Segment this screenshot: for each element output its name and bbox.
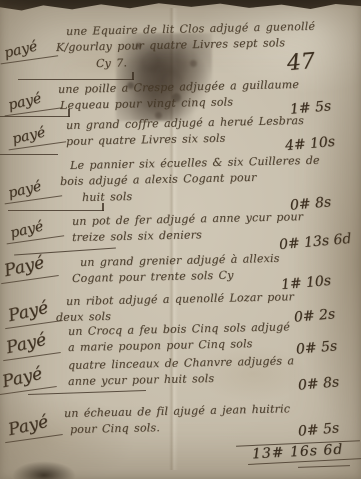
ledger-entry: Payé un Crocq a feu bois Cinq sols adjug… [0, 324, 361, 356]
total-underline-2 [298, 465, 350, 468]
margin-paye-label: Payé [6, 412, 50, 441]
margin-paye-label: payé [3, 38, 39, 61]
entry-amount: 0# 5s [297, 420, 339, 440]
ledger-entry: payé un grand coffre adjugé a herué Lesb… [0, 118, 361, 150]
torn-paper-edge [0, 0, 361, 18]
margin-paye-label: Payé [0, 364, 44, 393]
ledger-entry: payé une Equaire de lit Clos adjugé a gu… [0, 24, 361, 72]
entry-amount: 0# 8s [297, 374, 339, 394]
ledger-entry: payé une poille a Crespe adjugée a guill… [0, 82, 361, 114]
margin-paye-label: Payé [4, 330, 48, 359]
entry-amount: 47 [286, 49, 316, 76]
separator-stroke [8, 210, 104, 211]
ledger-entry: payé Le pannier six écuelles & six Cuill… [0, 158, 361, 206]
margin-paye-label: payé [7, 90, 43, 113]
margin-paye-label: payé [9, 218, 45, 241]
margin-paye-label: payé [7, 178, 43, 201]
separator-stroke [0, 116, 70, 117]
entry-amount: 4# 10s [284, 134, 335, 154]
ledger-entry: Payé un grand grenier adjugé à allexis C… [0, 255, 361, 287]
ledger-entry: payé un pot de fer adjugé a anne ycur po… [0, 214, 361, 246]
margin-paye-label: payé [11, 124, 47, 147]
margin-paye-label: Payé [2, 253, 46, 282]
margin-paye-label: Payé [6, 298, 50, 327]
ledger-entry: Payé un écheuau de fil ajugé a jean huit… [0, 406, 361, 438]
separator-stroke [0, 154, 58, 155]
manuscript-page: payé une Equaire de lit Clos adjugé a gu… [0, 0, 361, 479]
separator-stroke [28, 390, 146, 395]
bottom-left-stain [12, 461, 76, 479]
ledger-entry: Payé quatre linceaux de Chanvre adjugés … [0, 358, 361, 390]
